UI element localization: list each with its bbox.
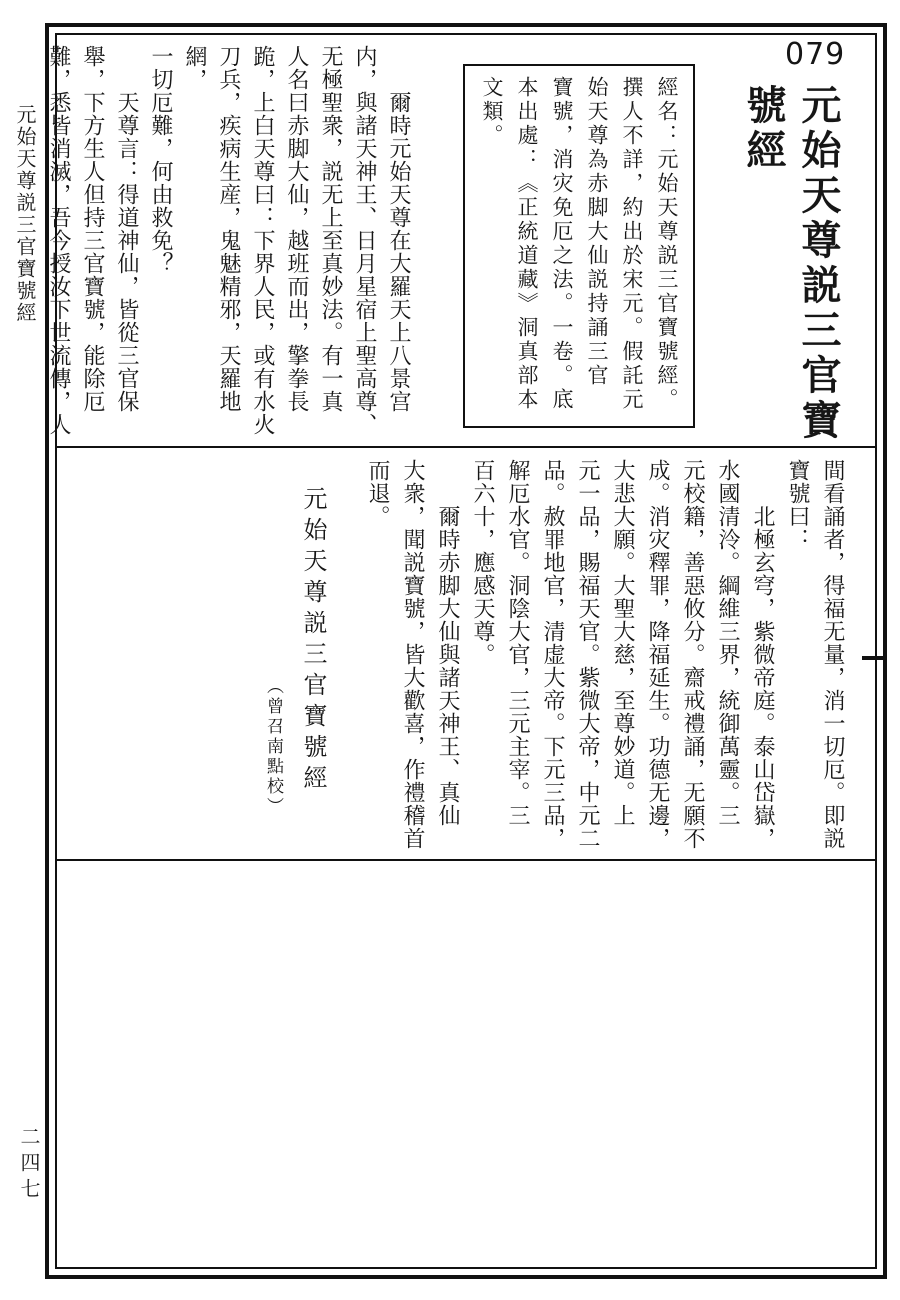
section2-body-text: 間看誦者，得福无量，消一切厄。即説 寶號曰： 北極玄穹，紫微帝庭。泰山岱嶽， 水… bbox=[358, 459, 850, 857]
scripture-serial-number: 079 bbox=[785, 37, 845, 72]
page-content: 079 元始天尊説三官寶號經 經名：元始天尊説三官寶號經。 撰人不詳，約出於宋元… bbox=[57, 35, 875, 1267]
abstract-text: 經名：元始天尊説三官寶號經。 撰人不詳，約出於宋元。假託元 始天尊為赤脚大仙説持… bbox=[474, 76, 684, 416]
closing-title: 元始天尊説三官寶號經 bbox=[295, 486, 331, 816]
scanned-book-page: 元始天尊説三官寶號經 二四七 079 元始天尊説三官寶號經 經名：元始天尊説三官… bbox=[0, 0, 900, 1300]
editor-colophon: （曾召南點校） bbox=[260, 677, 286, 845]
page-number: 二四七 bbox=[14, 1126, 44, 1216]
binding-mark bbox=[862, 656, 886, 660]
page-border-inner: 079 元始天尊説三官寶號經 經名：元始天尊説三官寶號經。 撰人不詳，約出於宋元… bbox=[55, 33, 877, 1269]
abstract-box: 經名：元始天尊説三官寶號經。 撰人不詳，約出於宋元。假託元 始天尊為赤脚大仙説持… bbox=[463, 64, 695, 428]
scripture-title: 元始天尊説三官寶號經 bbox=[733, 84, 845, 448]
section-divider-1 bbox=[57, 446, 875, 448]
margin-running-title: 元始天尊説三官寶號經 bbox=[10, 104, 40, 344]
section-divider-2 bbox=[57, 859, 875, 861]
page-border-outer: 079 元始天尊説三官寶號經 經名：元始天尊説三官寶號經。 撰人不詳，約出於宋元… bbox=[45, 23, 887, 1279]
section1-body-text: 爾時元始天尊在大羅天上八景宫 内，與諸天神王、日月星宿上聖高尊、 无極聖衆，説无… bbox=[71, 45, 415, 447]
